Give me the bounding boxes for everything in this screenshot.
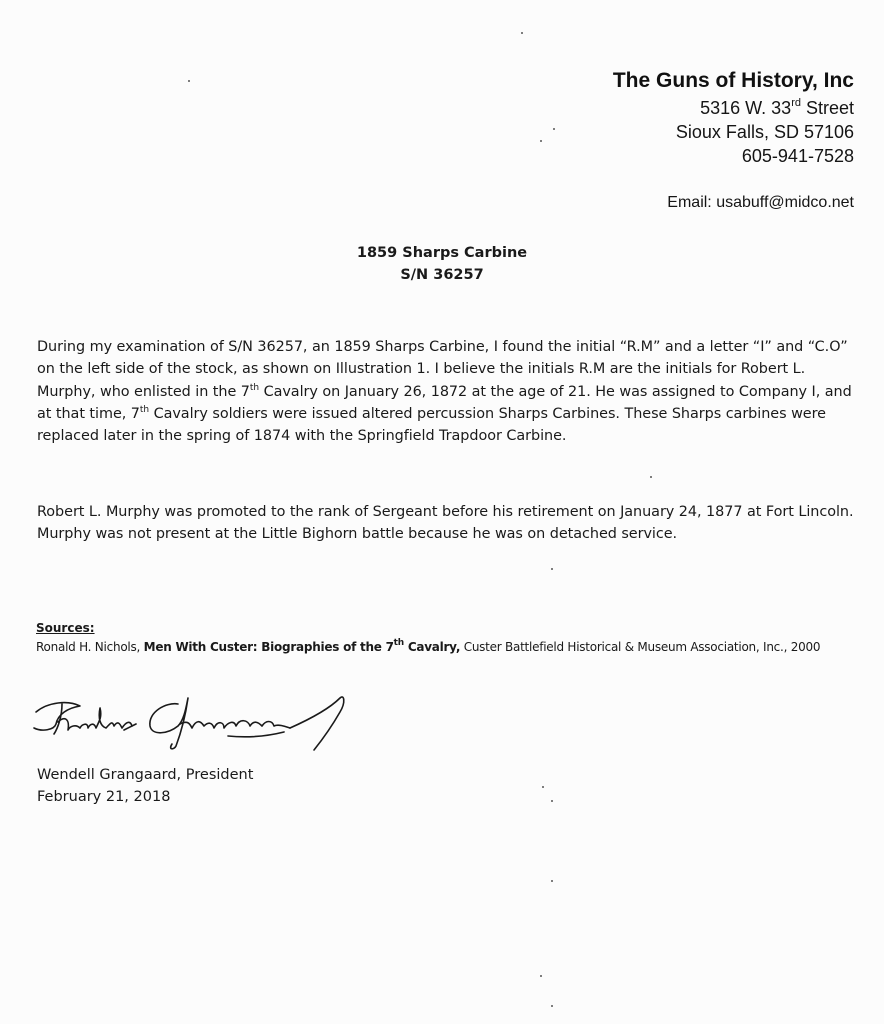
scan-speck (540, 140, 542, 142)
citation-title: Men With Custer: Biographies of the 7th … (144, 640, 460, 654)
street-name: Street (801, 98, 854, 118)
ordinal-sup: th (394, 638, 404, 648)
handwritten-signature (28, 690, 358, 760)
scan-speck (540, 975, 542, 977)
signer-name-title: Wendell Grangaard, President (37, 764, 253, 786)
scan-speck (542, 786, 544, 788)
citation-title-text: Men With Custer: Biographies of the 7 (144, 640, 394, 654)
email-address: Email: usabuff@midco.net (667, 194, 854, 212)
citation-title-end: Cavalry, (404, 640, 460, 654)
scan-speck (521, 32, 523, 34)
ordinal-sup: th (250, 383, 259, 393)
phone-number: 605-941-7528 (613, 144, 854, 168)
document-title: 1859 Sharps Carbine S/N 36257 (0, 242, 884, 286)
scan-speck (551, 568, 553, 570)
title-line-1: 1859 Sharps Carbine (0, 242, 884, 264)
street-ordinal: rd (791, 97, 801, 109)
title-line-2: S/N 36257 (0, 264, 884, 286)
scan-speck (551, 1005, 553, 1007)
scan-speck (551, 800, 553, 802)
street-number: 5316 W. 33 (700, 98, 791, 118)
para1-text-3: Cavalry soldiers were issued altered per… (37, 406, 826, 444)
ordinal-sup: th (140, 405, 149, 415)
paragraph-examination: During my examination of S/N 36257, an 1… (37, 336, 857, 447)
scan-speck (553, 128, 555, 130)
sources-heading: Sources: (36, 621, 95, 635)
citation-author: Ronald H. Nichols, (36, 640, 144, 654)
letterhead: The Guns of History, Inc 5316 W. 33rd St… (613, 66, 854, 168)
paragraph-promotion: Robert L. Murphy was promoted to the ran… (37, 501, 857, 546)
citation-publisher: Custer Battlefield Historical & Museum A… (460, 640, 820, 654)
city-state-zip: Sioux Falls, SD 57106 (613, 120, 854, 144)
letter-date: February 21, 2018 (37, 786, 253, 808)
scan-speck (188, 80, 190, 82)
signer-block: Wendell Grangaard, President February 21… (37, 764, 253, 808)
scan-speck (650, 476, 652, 478)
letter-page: The Guns of History, Inc 5316 W. 33rd St… (0, 0, 884, 1024)
company-name: The Guns of History, Inc (613, 66, 854, 96)
street-address: 5316 W. 33rd Street (613, 96, 854, 120)
scan-speck (551, 880, 553, 882)
source-citation: Ronald H. Nichols, Men With Custer: Biog… (36, 637, 856, 657)
